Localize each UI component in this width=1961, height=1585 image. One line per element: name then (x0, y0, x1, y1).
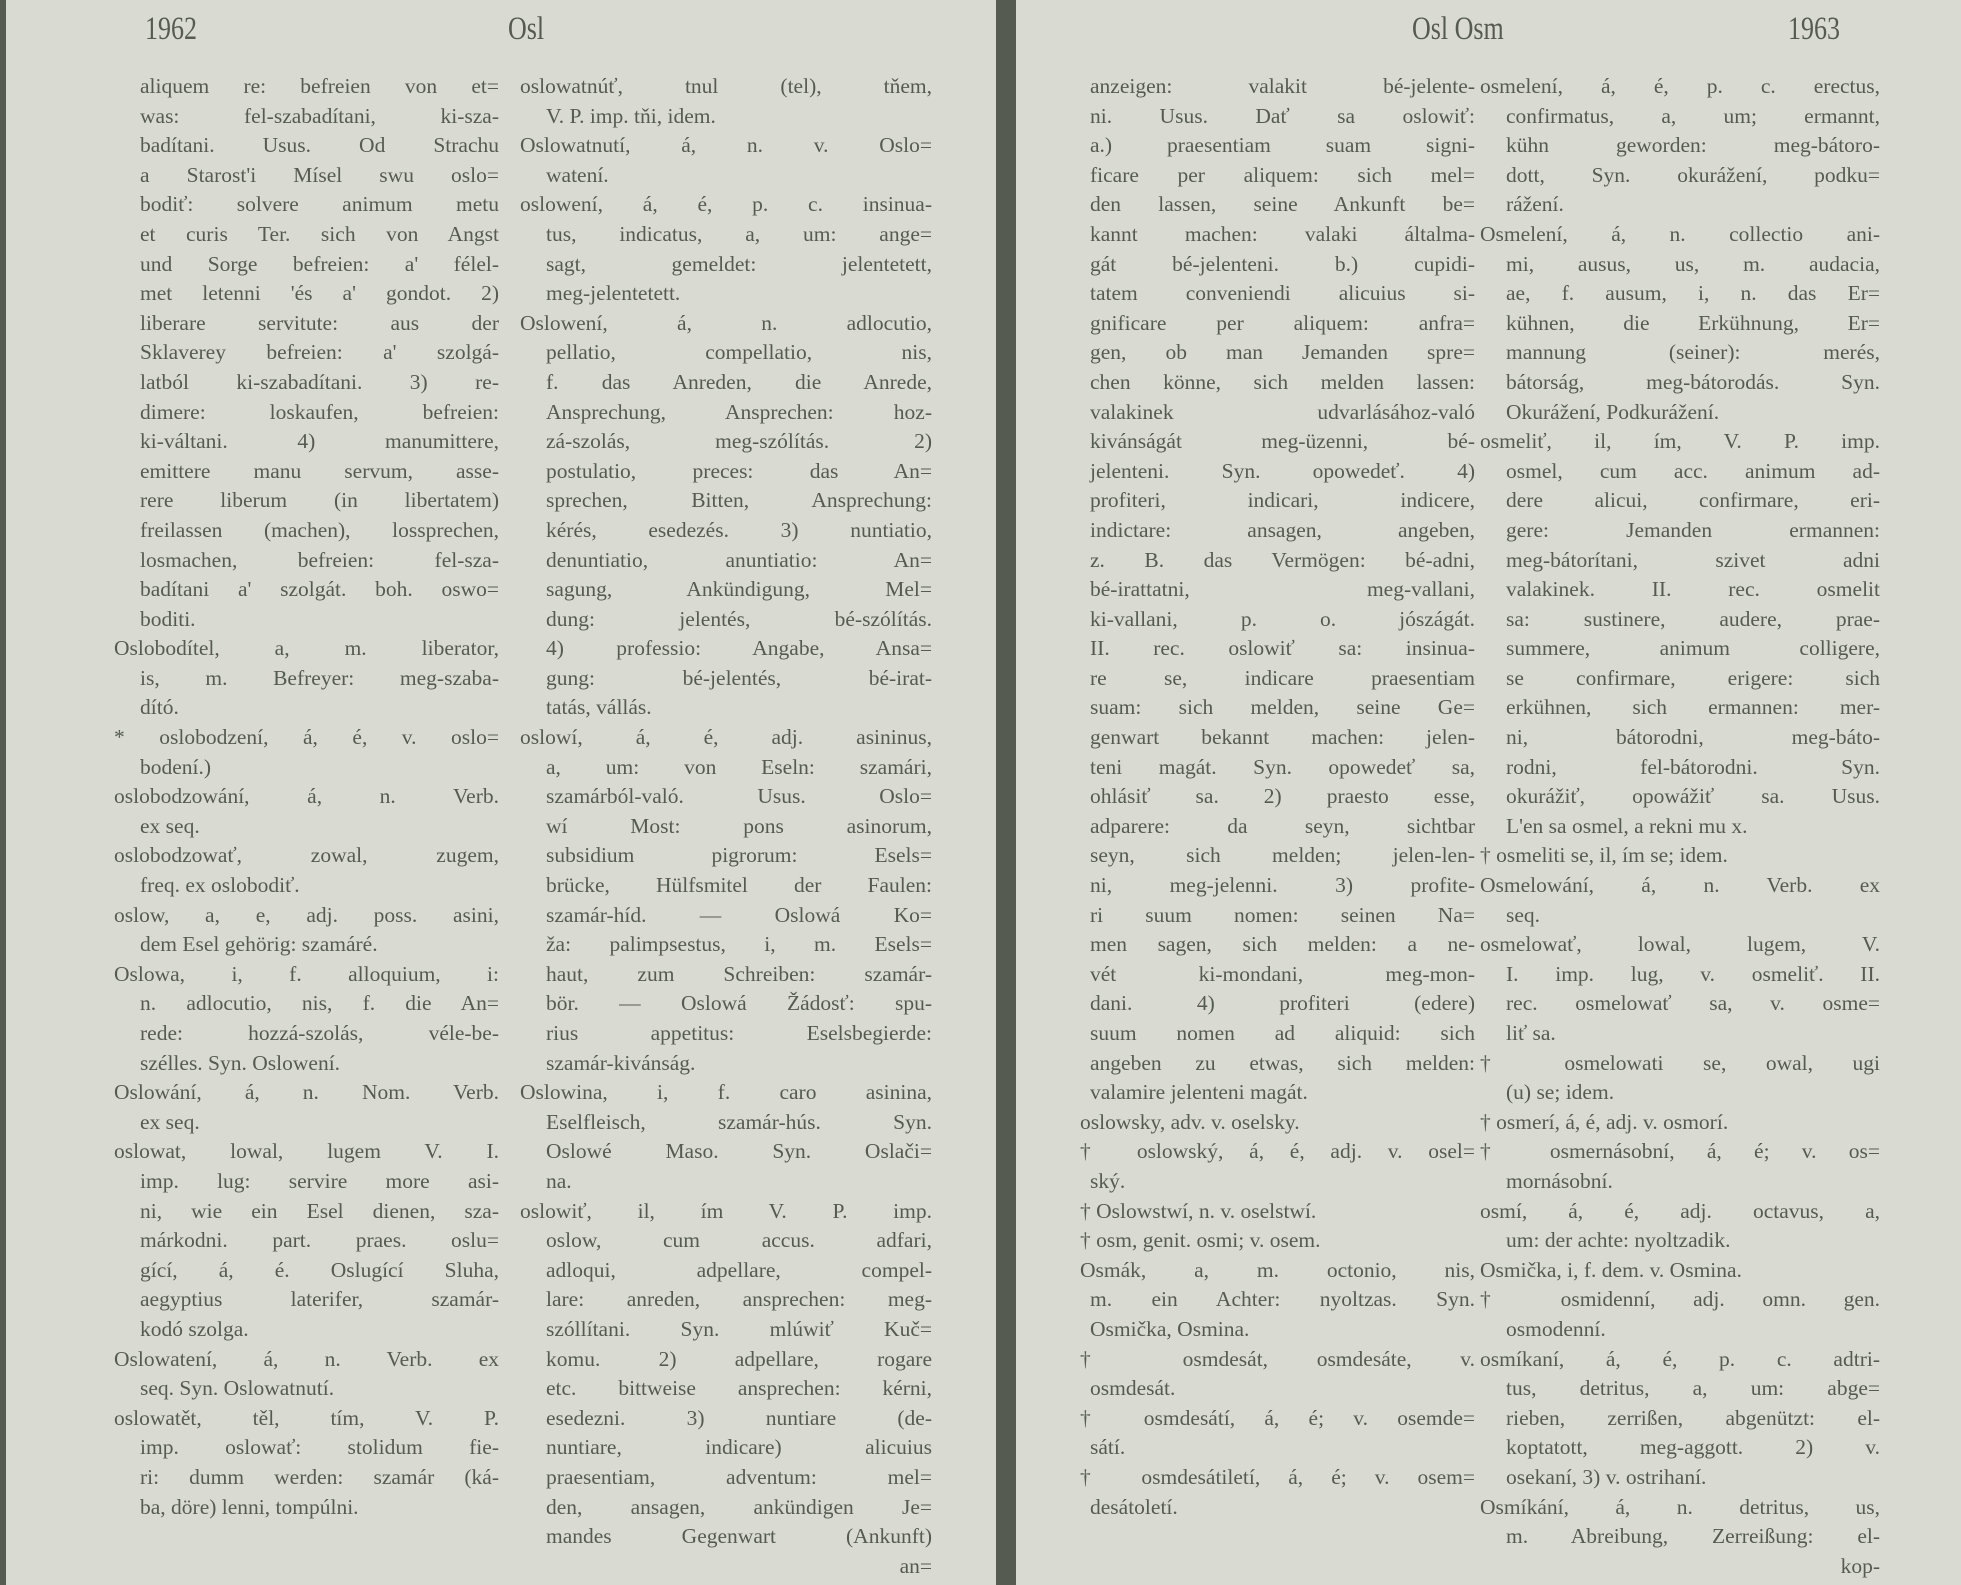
entry-headword-line: Osmák, a, m. octonio, nis, (1080, 1256, 1475, 1286)
entry-continuation-line: subsidium pigrorum: Esels= (520, 841, 932, 871)
entry-headword-line: Osmíkání, á, n. detritus, us, (1480, 1493, 1880, 1523)
entry-continuation-line: ex seq. (114, 1108, 499, 1138)
entry-continuation-line: bodení.) (114, 753, 499, 783)
entry-headword-line: Osmelowání, á, n. Verb. ex (1480, 871, 1880, 901)
entry-continuation-line: dem Esel gehörig: szamáré. (114, 930, 499, 960)
entry-continuation-line: watení. (520, 161, 932, 191)
entry-headword-line: seyn, sich melden; jelen-len- (1090, 841, 1475, 871)
entry-continuation-line: den, ansagen, ankündigen Je= (520, 1493, 932, 1523)
entry-continuation-line: se confirmare, erigere: sich (1480, 664, 1880, 694)
entry-headword-line: osmíkaní, á, é, p. c. adtri- (1480, 1345, 1880, 1375)
entry-continuation-line: lare: anreden, ansprechen: meg- (520, 1285, 932, 1315)
entry-continuation-line: a, um: von Eseln: szamári, (520, 753, 932, 783)
entry-headword-line: osmelowať, lowal, lugem, V. (1480, 930, 1880, 960)
left-page-number: 1962 (145, 10, 197, 48)
entry-continuation-line: praesentiam, adventum: mel= (520, 1463, 932, 1493)
left-page-column-1: aliquem re: befreien von et=was: fel-sza… (114, 72, 499, 1522)
entry-continuation-line: ex seq. (114, 812, 499, 842)
entry-continuation-line: szamár-kivánság. (520, 1049, 932, 1079)
entry-continuation-line: Sklaverey befreien: a' szolgá- (114, 338, 499, 368)
entry-continuation-line: tus, indicatus, a, um: ange= (520, 220, 932, 250)
entry-continuation-line: dere alicui, confirmare, eri- (1480, 486, 1880, 516)
entry-headword-line: † osmdesátiletí, á, é; v. osem= (1080, 1463, 1475, 1493)
entry-continuation-line: Oslowé Maso. Syn. Oslači= (520, 1137, 932, 1167)
entry-continuation-line: dott, Syn. okurážení, podku= (1480, 161, 1880, 191)
entry-headword-line: † osmernásobní, á, é; v. os= (1480, 1137, 1880, 1167)
entry-continuation-line: zá-szolás, meg-szólítás. 2) (520, 427, 932, 457)
entry-continuation-line: ri: dumm werden: szamár (ká- (114, 1463, 499, 1493)
entry-continuation-line: rere liberum (in libertatem) (114, 486, 499, 516)
entry-headword-line: den lassen, seine Ankunft be= (1090, 190, 1475, 220)
entry-continuation-line: valakinek. II. rec. osmelit (1480, 575, 1880, 605)
entry-continuation-line: an= (520, 1552, 932, 1582)
entry-headword-line: ni. Usus. Dať sa oslowiť: (1090, 102, 1475, 132)
entry-headword-line: anzeigen: valakit bé-jelente- (1090, 72, 1475, 102)
entry-headword-line: suum nomen ad aliquid: sich (1090, 1019, 1475, 1049)
entry-continuation-line: 4) professio: Angabe, Ansa= (520, 634, 932, 664)
entry-headword-line: ficare per aliquem: sich mel= (1090, 161, 1475, 191)
entry-continuation-line: rodni, fel-bátorodni. Syn. (1480, 753, 1880, 783)
entry-headword-line: a.) praesentiam suam signi- (1090, 131, 1475, 161)
entry-continuation-line: ba, döre) lenni, tompúlni. (114, 1493, 499, 1523)
entry-headword-line: oslowení, á, é, p. c. insinua- (520, 190, 932, 220)
entry-headword-line: gen, ob man Jemanden spre= (1090, 338, 1475, 368)
entry-headword-line: oslowiť, il, ím V. P. imp. (520, 1197, 932, 1227)
entry-headword-line: chen könne, sich melden lassen: (1090, 368, 1475, 398)
entry-headword-line: oslowat, lowal, lugem V. I. (114, 1137, 499, 1167)
entry-headword-line: osmeliť, il, ím, V. P. imp. (1480, 427, 1880, 457)
entry-headword-line: tatem conveniendi alicuius si- (1090, 279, 1475, 309)
entry-continuation-line: aegyptius laterifer, szamár- (114, 1285, 499, 1315)
entry-continuation-line: gící, á, é. Oslugící Sluha, (114, 1256, 499, 1286)
entry-headword-line: z. B. das Vermögen: bé-adni, (1090, 546, 1475, 576)
entry-continuation-line: kühnen, die Erkühnung, Er= (1480, 309, 1880, 339)
entry-continuation-line: imp. lug: servire more asi- (114, 1167, 499, 1197)
entry-continuation-line: tatás, vállás. (520, 693, 932, 723)
entry-continuation-line: denuntiatio, anuntiatio: An= (520, 546, 932, 576)
right-page-column-2: osmelení, á, é, p. c. erectus,confirmatu… (1480, 72, 1880, 1581)
entry-continuation-line: ki-váltani. 4) manumittere, (114, 427, 499, 457)
entry-continuation-line: summere, animum colligere, (1480, 634, 1880, 664)
entry-continuation-line: márkodni. part. praes. oslu= (114, 1226, 499, 1256)
entry-continuation-line: rius appetitus: Eselsbegierde: (520, 1019, 932, 1049)
entry-headword-line: ský. (1090, 1167, 1475, 1197)
entry-continuation-line: gere: Jemanden ermannen: (1480, 516, 1880, 546)
entry-continuation-line: losmachen, befreien: fel-sza- (114, 546, 499, 576)
entry-continuation-line: badítani a' szolgát. boh. oswo= (114, 575, 499, 605)
entry-headword-line: m. ein Achter: nyoltzas. Syn. (1090, 1285, 1475, 1315)
entry-headword-line: osmelení, á, é, p. c. erectus, (1480, 72, 1880, 102)
entry-continuation-line: dimere: loskaufen, befreien: (114, 398, 499, 428)
entry-continuation-line: freilassen (machen), lossprechen, (114, 516, 499, 546)
entry-continuation-line: sagung, Ankündigung, Mel= (520, 575, 932, 605)
entry-headword-line: ri suum nomen: seinen Na= (1090, 901, 1475, 931)
entry-continuation-line: nuntiare, indicare) alicuius (520, 1433, 932, 1463)
left-running-head: Osl (508, 10, 544, 48)
entry-continuation-line: meg-jelentetett. (520, 279, 932, 309)
entry-continuation-line: bátorság, meg-bátorodás. Syn. (1480, 368, 1880, 398)
entry-headword-line: sátí. (1090, 1433, 1475, 1463)
entry-continuation-line: okurážiť, opowážiť sa. Usus. (1480, 782, 1880, 812)
entry-continuation-line: seq. Syn. Oslowatnutí. (114, 1374, 499, 1404)
entry-continuation-line: szóllítani. Syn. mlúwiť Kuč= (520, 1315, 932, 1345)
entry-continuation-line: szélles. Syn. Oslowení. (114, 1049, 499, 1079)
entry-headword-line: profiteri, indicari, indicere, (1090, 486, 1475, 516)
entry-continuation-line: confirmatus, a, um; ermannt, (1480, 102, 1880, 132)
entry-continuation-line: szamárból-való. Usus. Oslo= (520, 782, 932, 812)
entry-continuation-line: f. das Anreden, die Anrede, (520, 368, 932, 398)
entry-headword-line: Osmička, i, f. dem. v. Osmina. (1480, 1256, 1880, 1286)
entry-headword-line: oslowí, á, é, adj. asininus, (520, 723, 932, 753)
entry-headword-line: Oslowatnutí, á, n. v. Oslo= (520, 131, 932, 161)
entry-continuation-line: oslow, cum accus. adfari, (520, 1226, 932, 1256)
entry-continuation-line: kop- (1480, 1552, 1880, 1582)
book-gutter (996, 0, 1016, 1585)
entry-headword-line: kannt machen: valaki általma- (1090, 220, 1475, 250)
entry-continuation-line: a Starost'i Mísel swu oslo= (114, 161, 499, 191)
entry-headword-line: Oslowina, i, f. caro asinina, (520, 1078, 932, 1108)
entry-continuation-line: esedezni. 3) nuntiare (de- (520, 1404, 932, 1434)
entry-continuation-line: komu. 2) adpellare, rogare (520, 1345, 932, 1375)
entry-headword-line: dani. 4) profiteri (edere) (1090, 989, 1475, 1019)
entry-continuation-line: erkühnen, sich ermannen: mer- (1480, 693, 1880, 723)
entry-continuation-line: kodó szolga. (114, 1315, 499, 1345)
entry-headword-line: gát bé-jelenteni. b.) cupidi- (1090, 250, 1475, 280)
entry-continuation-line: sprechen, Bitten, Ansprechung: (520, 486, 932, 516)
entry-headword-line: bé-irattatni, meg-vallani, (1090, 575, 1475, 605)
entry-continuation-line: osekaní, 3) v. ostrihaní. (1480, 1463, 1880, 1493)
entry-continuation-line: freq. ex oslobodiť. (114, 871, 499, 901)
entry-continuation-line: et curis Ter. sich von Angst (114, 220, 499, 250)
entry-continuation-line: L'en sa osmel, a rekni mu x. (1480, 812, 1880, 842)
entry-continuation-line: Ansprechung, Ansprechen: hoz- (520, 398, 932, 428)
entry-continuation-line: m. Abreibung, Zerreißung: el- (1480, 1522, 1880, 1552)
entry-headword-line: Oslowa, i, f. alloquium, i: (114, 960, 499, 990)
entry-continuation-line: Okurážení, Podkurážení. (1480, 398, 1880, 428)
entry-continuation-line: rec. osmelowať sa, v. osme= (1480, 989, 1880, 1019)
entry-continuation-line: liberare servitute: aus der (114, 309, 499, 339)
entry-headword-line: adparere: da seyn, sichtbar (1090, 812, 1475, 842)
entry-continuation-line: na. (520, 1167, 932, 1197)
entry-continuation-line: n. adlocutio, nis, f. die An= (114, 989, 499, 1019)
entry-continuation-line: aliquem re: befreien von et= (114, 72, 499, 102)
entry-headword-line: teni magát. Syn. opowedeť sa, (1090, 753, 1475, 783)
entry-continuation-line: liť sa. (1480, 1019, 1880, 1049)
entry-continuation-line: osmel, cum acc. animum ad- (1480, 457, 1880, 487)
entry-continuation-line: was: fel-szabadítani, ki-sza- (114, 102, 499, 132)
entry-headword-line: Oslobodítel, a, m. liberator, (114, 634, 499, 664)
entry-headword-line: ni, meg-jelenni. 3) profite- (1090, 871, 1475, 901)
entry-headword-line: Oslowání, á, n. Nom. Verb. (114, 1078, 499, 1108)
entry-headword-line: II. rec. oslowiť sa: insinua- (1090, 634, 1475, 664)
entry-continuation-line: adloqui, adpellare, compel- (520, 1256, 932, 1286)
entry-continuation-line: gung: bé-jelentés, bé-irat- (520, 664, 932, 694)
entry-headword-line: * oslobodzení, á, é, v. oslo= (114, 723, 499, 753)
entry-headword-line: oslobodzowání, á, n. Verb. (114, 782, 499, 812)
entry-headword-line: † osmeliti se, il, ím se; idem. (1480, 841, 1880, 871)
entry-continuation-line: seq. (1480, 901, 1880, 931)
entry-headword-line: ohlásiť sa. 2) praesto esse, (1090, 782, 1475, 812)
entry-continuation-line: etc. bittweise ansprechen: kérni, (520, 1374, 932, 1404)
entry-headword-line: † osmelowati se, owal, ugi (1480, 1049, 1880, 1079)
entry-continuation-line: postulatio, preces: das An= (520, 457, 932, 487)
left-page-column-2: oslowatnúť, tnul (tel), tňem,V. P. imp. … (520, 72, 932, 1581)
entry-continuation-line: mannung (seiner): merés, (1480, 338, 1880, 368)
entry-continuation-line: ae, f. ausum, i, n. das Er= (1480, 279, 1880, 309)
entry-continuation-line: boditi. (114, 605, 499, 635)
entry-continuation-line: mi, ausus, us, m. audacia, (1480, 250, 1880, 280)
entry-headword-line: angeben zu etwas, sich melden: (1090, 1049, 1475, 1079)
entry-headword-line: osmí, á, é, adj. octavus, a, (1480, 1197, 1880, 1227)
entry-headword-line: † Oslowstwí, n. v. oselstwí. (1080, 1197, 1475, 1227)
entry-continuation-line: sagt, gemeldet: jelentetett, (520, 250, 932, 280)
entry-headword-line: ki-vallani, p. o. jószágát. (1090, 605, 1475, 635)
entry-headword-line: desátoletí. (1090, 1493, 1475, 1523)
entry-continuation-line: Eselfleisch, szamár-hús. Syn. (520, 1108, 932, 1138)
entry-continuation-line: ža: palimpsestus, i, m. Esels= (520, 930, 932, 960)
entry-headword-line: osmdesát. (1090, 1374, 1475, 1404)
right-running-head: Osl Osm (1412, 10, 1504, 48)
entry-continuation-line: tus, detritus, a, um: abge= (1480, 1374, 1880, 1404)
entry-headword-line: † osmerí, á, é, adj. v. osmorí. (1480, 1108, 1880, 1138)
entry-continuation-line: V. P. imp. tňi, idem. (520, 102, 932, 132)
entry-continuation-line: und Sorge befreien: a' félel- (114, 250, 499, 280)
entry-continuation-line: dító. (114, 693, 499, 723)
entry-headword-line: † osm, genit. osmi; v. osem. (1080, 1226, 1475, 1256)
entry-headword-line: gnificare per aliquem: anfra= (1090, 309, 1475, 339)
entry-continuation-line: bör. — Oslowá Žádosť: spu- (520, 989, 932, 1019)
entry-headword-line: oslowsky, adv. v. oselsky. (1080, 1108, 1475, 1138)
entry-headword-line: genwart bekannt machen: jelen- (1090, 723, 1475, 753)
entry-continuation-line: met letenni 'és a' gondot. 2) (114, 279, 499, 309)
entry-continuation-line: wí Most: pons asinorum, (520, 812, 932, 842)
entry-headword-line: oslowatět, těl, tím, V. P. (114, 1404, 499, 1434)
entry-continuation-line: latból ki-szabadítani. 3) re- (114, 368, 499, 398)
entry-headword-line: oslobodzowať, zowal, zugem, (114, 841, 499, 871)
entry-continuation-line: imp. oslowať: stolidum fie- (114, 1433, 499, 1463)
entry-continuation-line: haut, zum Schreiben: szamár- (520, 960, 932, 990)
entry-continuation-line: osmodenní. (1480, 1315, 1880, 1345)
entry-headword-line: Oslowatení, á, n. Verb. ex (114, 1345, 499, 1375)
entry-continuation-line: koptatott, meg-aggott. 2) v. (1480, 1433, 1880, 1463)
entry-headword-line: suam: sich melden, seine Ge= (1090, 693, 1475, 723)
entry-headword-line: oslow, a, e, adj. poss. asini, (114, 901, 499, 931)
entry-headword-line: men sagen, sich melden: a ne- (1090, 930, 1475, 960)
entry-continuation-line: kühn geworden: meg-bátoro- (1480, 131, 1880, 161)
entry-headword-line: † osmidenní, adj. omn. gen. (1480, 1285, 1880, 1315)
entry-continuation-line: emittere manu servum, asse- (114, 457, 499, 487)
entry-headword-line: re se, indicare praesentiam (1090, 664, 1475, 694)
entry-headword-line: Osmička, Osmina. (1090, 1315, 1475, 1345)
entry-headword-line: † osmdesátí, á, é; v. osemde= (1080, 1404, 1475, 1434)
entry-continuation-line: mandes Gegenwart (Ankunft) (520, 1522, 932, 1552)
entry-headword-line: valamire jelenteni magát. (1090, 1078, 1475, 1108)
entry-headword-line: Oslowení, á, n. adlocutio, (520, 309, 932, 339)
entry-continuation-line: rieben, zerrißen, abgenützt: el- (1480, 1404, 1880, 1434)
entry-continuation-line: rážení. (1480, 190, 1880, 220)
entry-headword-line: indictare: ansagen, angeben, (1090, 516, 1475, 546)
entry-continuation-line: badítani. Usus. Od Strachu (114, 131, 499, 161)
entry-continuation-line: kérés, esedezés. 3) nuntiatio, (520, 516, 932, 546)
entry-headword-line: valakinek udvarlásához-való (1090, 398, 1475, 428)
entry-continuation-line: pellatio, compellatio, nis, (520, 338, 932, 368)
page-left-edge (0, 0, 6, 1585)
entry-continuation-line: I. imp. lug, v. osmeliť. II. (1480, 960, 1880, 990)
right-page-number: 1963 (1788, 10, 1840, 48)
entry-continuation-line: rede: hozzá-szolás, véle-be- (114, 1019, 499, 1049)
entry-continuation-line: mornásobní. (1480, 1167, 1880, 1197)
entry-headword-line: kivánságát meg-üzenni, bé- (1090, 427, 1475, 457)
entry-headword-line: jelenteni. Syn. opowedeť. 4) (1090, 457, 1475, 487)
entry-continuation-line: brücke, Hülfsmitel der Faulen: (520, 871, 932, 901)
entry-continuation-line: sa: sustinere, audere, prae- (1480, 605, 1880, 635)
entry-headword-line: oslowatnúť, tnul (tel), tňem, (520, 72, 932, 102)
entry-headword-line: † oslowský, á, é, adj. v. osel= (1080, 1137, 1475, 1167)
entry-headword-line: vét ki-mondani, meg-mon- (1090, 960, 1475, 990)
entry-continuation-line: is, m. Befreyer: meg-szaba- (114, 664, 499, 694)
entry-continuation-line: meg-bátorítani, szivet adni (1480, 546, 1880, 576)
entry-headword-line: Osmelení, á, n. collectio ani- (1480, 220, 1880, 250)
entry-continuation-line: um: der achte: nyoltzadik. (1480, 1226, 1880, 1256)
entry-continuation-line: ni, bátorodni, meg-báto- (1480, 723, 1880, 753)
entry-headword-line: † osmdesát, osmdesáte, v. (1080, 1345, 1475, 1375)
entry-continuation-line: ni, wie ein Esel dienen, sza- (114, 1197, 499, 1227)
right-page-column-1: anzeigen: valakit bé-jelente-ni. Usus. D… (1090, 72, 1475, 1522)
entry-continuation-line: szamár-híd. — Oslowá Ko= (520, 901, 932, 931)
entry-continuation-line: bodiť: solvere animum metu (114, 190, 499, 220)
entry-continuation-line: dung: jelentés, bé-szólítás. (520, 605, 932, 635)
entry-continuation-line: (u) se; idem. (1480, 1078, 1880, 1108)
